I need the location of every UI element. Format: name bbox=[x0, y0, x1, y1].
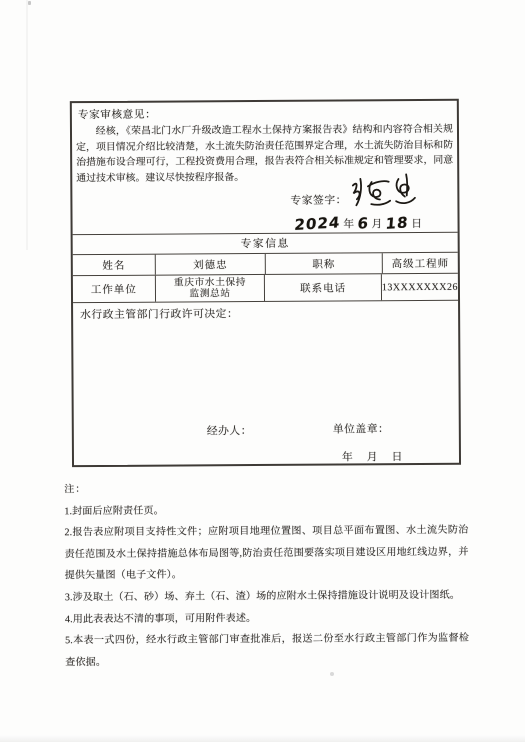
scanned-document-page: 专家审核意见： 经核，《荣昌北门水厂升级改造工程水土保持方案报告表》结构和内容符… bbox=[0, 0, 525, 742]
handler-label: 经办人： bbox=[207, 423, 252, 438]
expert-info-header: 专家信息 bbox=[73, 233, 458, 255]
note-item-4: 4.用此表表达不清的事项，可用附件表述。 bbox=[65, 606, 469, 630]
handwritten-year: 2024 bbox=[294, 214, 341, 233]
employer-value-line1: 重庆市水土保持 bbox=[174, 277, 246, 289]
expert-signature-handwriting bbox=[347, 189, 417, 209]
unit-seal-label: 单位盖章： bbox=[333, 421, 390, 436]
name-value-cell: 刘德忠 bbox=[155, 254, 265, 275]
handwritten-month: 6 bbox=[356, 215, 369, 232]
expert-name-row: 姓名 刘德忠 职称 高级工程师 bbox=[73, 253, 458, 276]
phone-value-cell: 13XXXXXXX26 bbox=[381, 274, 458, 300]
review-date-line: 2024 年 6 月 18 日 bbox=[295, 215, 424, 232]
day-label: 日 bbox=[410, 218, 423, 231]
handwritten-day: 18 bbox=[385, 215, 409, 232]
employer-label-cell: 工作单位 bbox=[73, 276, 155, 302]
notes-label: 注： bbox=[64, 477, 468, 501]
expert-employer-row: 工作单位 重庆市水土保持 监测总站 联系电话 13XXXXXXX26 bbox=[73, 274, 458, 303]
title-value-cell: 高级工程师 bbox=[382, 253, 458, 273]
approval-decision-title: 水行政主管部门行政许可决定： bbox=[73, 301, 458, 322]
note-item-2: 2.报告表应附项目支持性文件；应附项目地理位置图、项目总平面布置图、水土流失防治… bbox=[64, 520, 468, 587]
phone-label-cell: 联系电话 bbox=[264, 274, 381, 301]
expert-signature-label: 专家签字： bbox=[290, 192, 347, 207]
expert-signature-line: 专家签字： bbox=[290, 189, 417, 210]
title-label-cell: 职称 bbox=[265, 253, 382, 274]
footnotes-section: 注： 1.封面后应附责任页。 2.报告表应附项目支持性文件；应附项目地理位置图、… bbox=[64, 477, 469, 674]
note-item-5: 5.本表一式四份，经水行政主管部门审查批准后，报送二份至水行政主管部门作为监督检… bbox=[65, 628, 469, 674]
note-item-3: 3.涉及取土（石、砂）场、弃土（石、渣）场的应附水土保持措施设计说明及设计图纸。 bbox=[65, 585, 469, 609]
approval-date-line: 年 月 日 bbox=[342, 449, 416, 464]
month-label: 月 bbox=[371, 218, 384, 231]
approval-day-label: 日 bbox=[392, 449, 403, 464]
approval-decision-section: 水行政主管部门行政许可决定： 经办人： 单位盖章： 年 月 日 bbox=[73, 301, 459, 465]
note-item-1: 1.封面后应附责任页。 bbox=[64, 498, 468, 522]
review-form-table: 专家审核意见： 经核，《荣昌北门水厂升级改造工程水土保持方案报告表》结构和内容符… bbox=[70, 99, 461, 467]
employer-value-line2: 监测总站 bbox=[189, 288, 230, 300]
review-opinion-title: 专家审核意见： bbox=[72, 101, 457, 122]
name-label-cell: 姓名 bbox=[73, 255, 155, 276]
employer-value-cell: 重庆市水土保持 监测总站 bbox=[155, 275, 265, 302]
review-opinion-section: 专家审核意见： 经核，《荣昌北门水厂升级改造工程水土保持方案报告表》结构和内容符… bbox=[72, 101, 458, 235]
approval-month-label: 月 bbox=[367, 449, 378, 464]
year-label: 年 bbox=[342, 218, 355, 231]
approval-year-label: 年 bbox=[342, 449, 353, 464]
document-sheet: 专家审核意见： 经核，《荣昌北门水厂升级改造工程水土保持方案报告表》结构和内容符… bbox=[0, 0, 525, 742]
